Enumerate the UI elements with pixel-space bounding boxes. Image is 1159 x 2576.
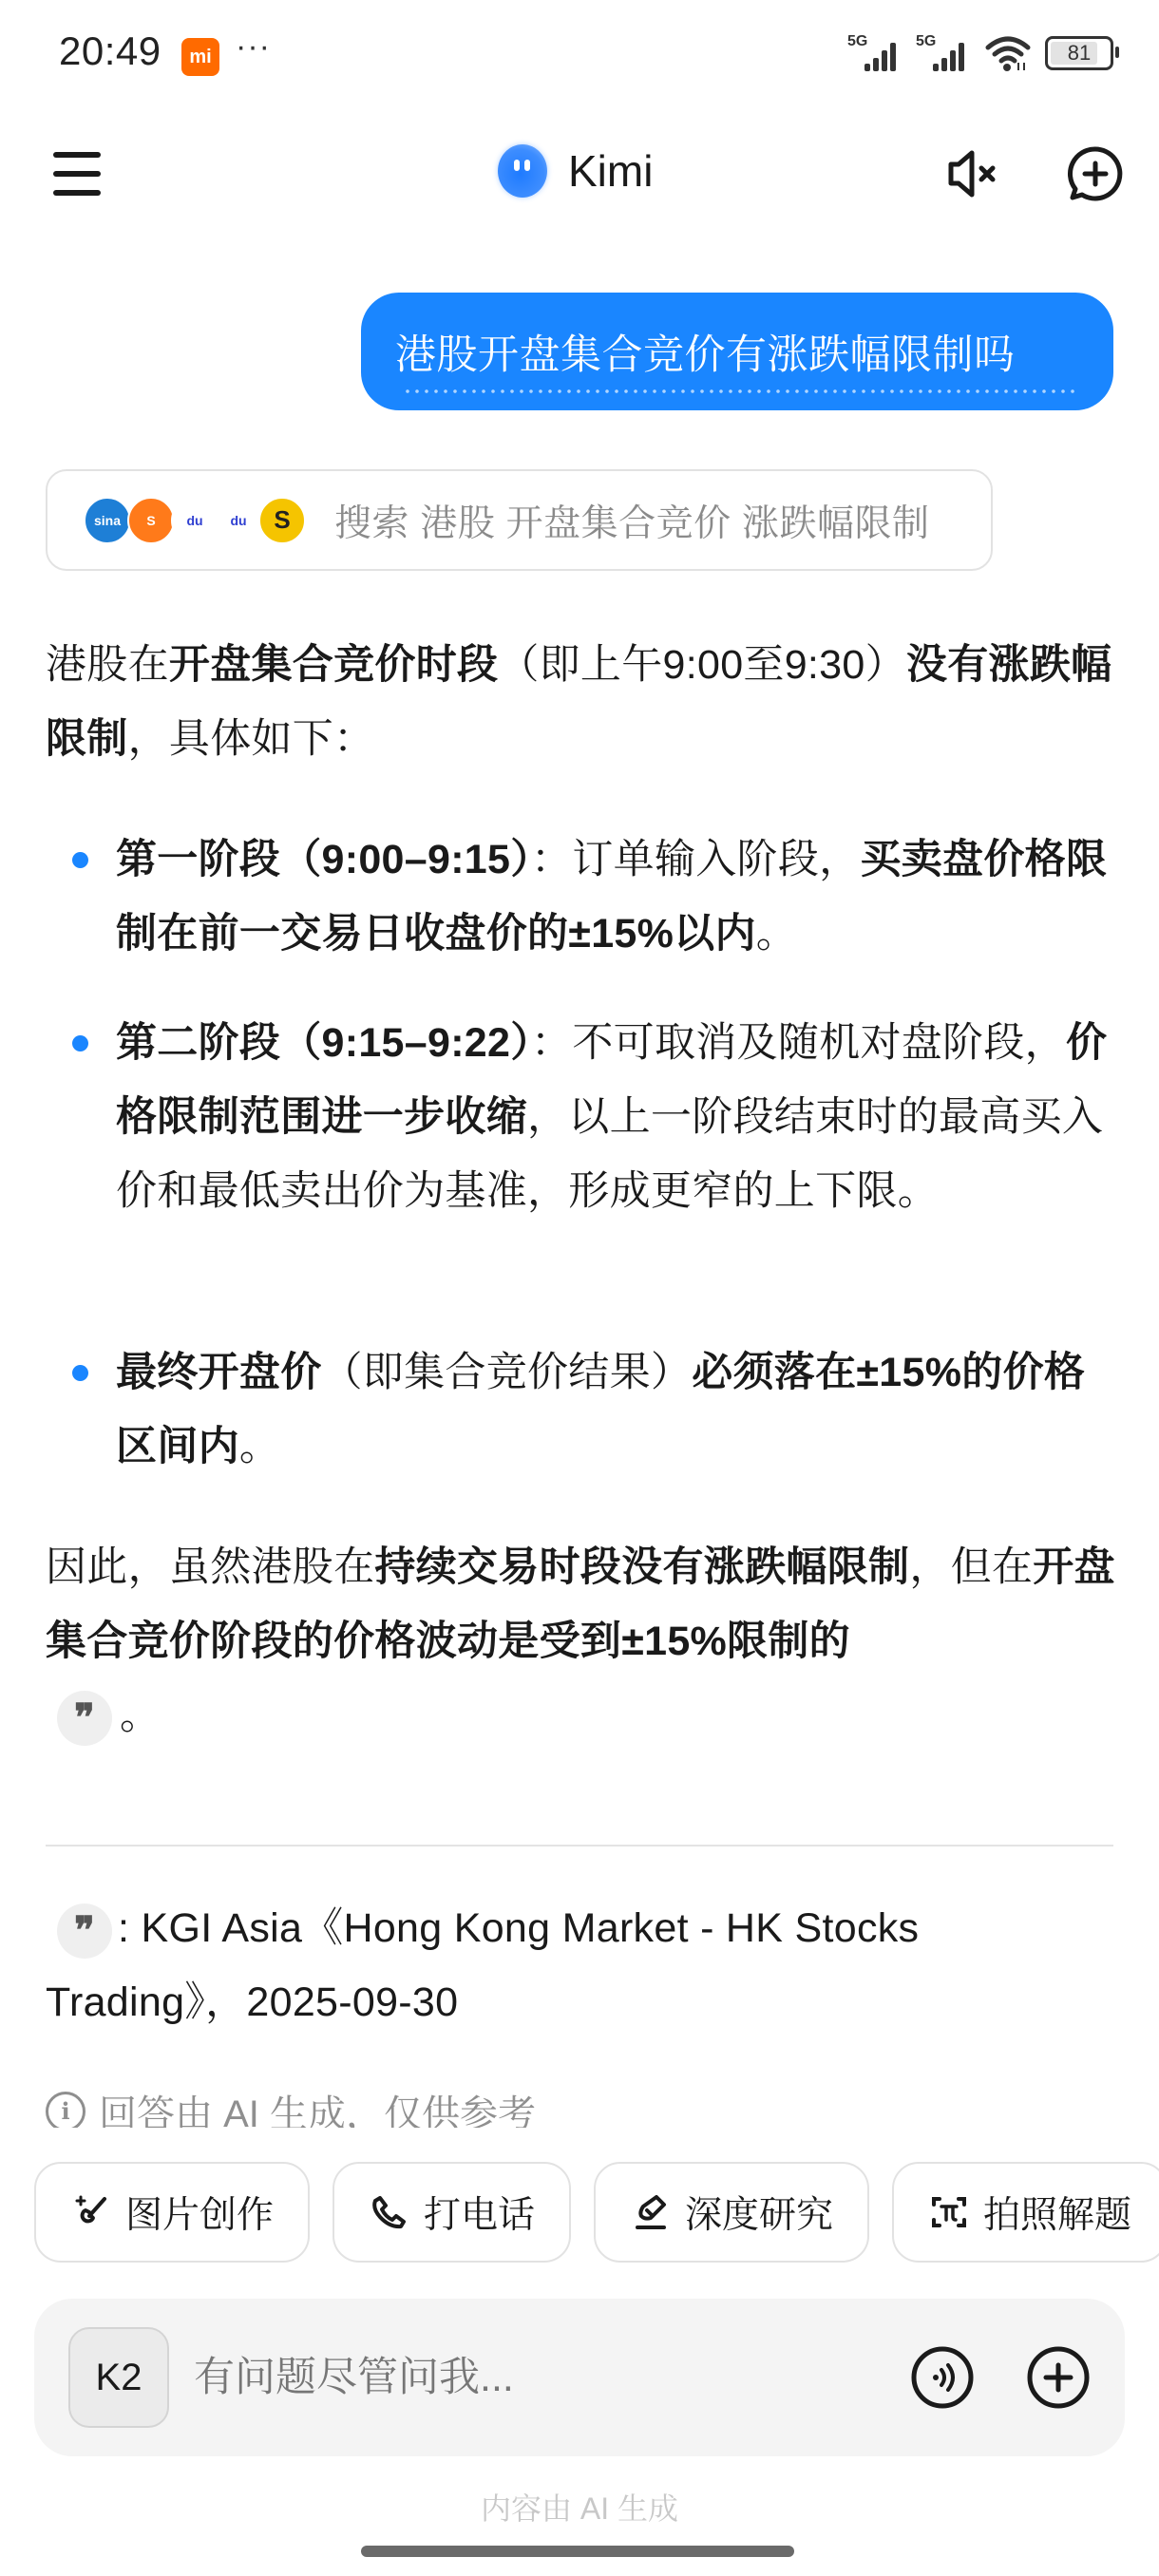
bullet-item-3: 最终开盘价（即集合竞价结果）必须落在±15%的价格区间内。: [116, 1335, 1123, 1484]
citation-reference: ❞: KGI Asia《Hong Kong Market - HK Stocks…: [46, 1891, 1119, 2039]
mute-button[interactable]: [940, 142, 1003, 205]
bullet-item-1: 第一阶段（9:00–9:15）：订单输入阶段，买卖盘价格限制在前一交易日收盘价的…: [116, 823, 1123, 971]
bold-text: 持续交易时段没有涨跌幅限制: [374, 1544, 909, 1590]
citation-quote-icon[interactable]: ❞: [57, 1904, 112, 1959]
sohu-icon: S: [127, 497, 175, 544]
chip-label: 打电话: [424, 2186, 535, 2239]
text: 。: [239, 1424, 280, 1469]
text: 。: [120, 1693, 161, 1738]
answer-intro: 港股在开盘集合竞价时段（即上午9:00至9:30）没有涨跌幅限制，具体如下：: [46, 628, 1119, 776]
citation-quote-icon[interactable]: ❞: [57, 1691, 112, 1746]
chip-label: 图片创作: [125, 2186, 274, 2239]
text: 。: [756, 911, 797, 957]
dotted-underline: [403, 389, 1075, 393]
s-source-icon: S: [258, 497, 306, 544]
text: ：不可取消及随机对盘阶段，: [531, 1020, 1066, 1066]
app-brand: Kimi: [498, 144, 653, 198]
new-chat-plus-icon: [1066, 144, 1125, 203]
cellular-signal-icon: 5G: [847, 35, 902, 71]
quick-action-chips: 图片创作 打电话 深度研究 拍照解题: [34, 2162, 1159, 2263]
search-query-text: 搜索 港股 开盘集合竞价 涨跌幅限制: [334, 494, 930, 547]
voice-wave-icon: [909, 2344, 976, 2411]
paintbrush-icon: [72, 2193, 110, 2231]
network-type-label-2: 5G: [916, 33, 936, 50]
user-message-bubble[interactable]: 港股开盘集合竞价有涨跌幅限制吗: [361, 293, 1113, 410]
chip-photo-solve[interactable]: 拍照解题: [892, 2162, 1159, 2263]
sina-icon: sina: [84, 497, 131, 544]
new-chat-button[interactable]: [1064, 142, 1127, 205]
text: ，但在: [909, 1544, 1033, 1590]
text: 港股在: [46, 642, 169, 688]
citation-text[interactable]: : KGI Asia《Hong Kong Market - HK Stocks …: [46, 1905, 919, 2025]
plus-circle-icon: [1025, 2344, 1092, 2411]
bold-text: 开盘集合竞价时段: [169, 642, 498, 688]
bullet-dot: [72, 1035, 88, 1051]
phone-icon: [370, 2193, 408, 2231]
battery-icon: 81: [1045, 36, 1113, 70]
status-time: 20:49: [59, 28, 161, 74]
attach-plus-button[interactable]: [1025, 2344, 1092, 2411]
cellular-signal-icon-2: 5G: [916, 35, 971, 71]
ai-disclaimer: 回答由 AI 生成，仅供参考: [99, 2084, 536, 2128]
bold-text: 第二阶段（9:15–9:22）: [116, 1020, 531, 1066]
chat-input-bar: K2: [34, 2299, 1125, 2456]
app-title: Kimi: [568, 145, 653, 197]
answer-conclusion: 因此，虽然港股在持续交易时段没有涨跌幅限制，但在开盘集合竞价阶段的价格波动是受到…: [46, 1530, 1119, 1752]
scan-pi-icon: [930, 2193, 968, 2231]
kimi-logo-icon: [498, 144, 547, 198]
text: （即集合竞价结果）: [322, 1350, 693, 1395]
speaker-muted-icon: [943, 145, 1000, 202]
text: ，具体如下：: [128, 716, 375, 762]
chip-deep-research[interactable]: 深度研究: [594, 2162, 869, 2263]
user-message-text: 港股开盘集合竞价有涨跌幅限制吗: [395, 323, 1016, 381]
bold-text: 最终开盘价: [116, 1350, 322, 1395]
footer-ai-note: 内容由 AI 生成: [0, 2485, 1159, 2529]
more-notifications-icon: ···: [236, 28, 271, 66]
voice-call-button[interactable]: [909, 2344, 976, 2411]
baidu-icon: du: [171, 497, 218, 544]
divider: [46, 1845, 1113, 1847]
menu-button[interactable]: [53, 152, 101, 196]
chip-label: 深度研究: [685, 2186, 833, 2239]
bullet-dot: [72, 1365, 88, 1381]
text: （即上午9:00至9:30）: [498, 642, 906, 688]
info-icon: i: [46, 2092, 85, 2129]
mi-app-icon: mi: [181, 38, 219, 76]
chat-input[interactable]: [194, 2337, 878, 2418]
chip-phone-call[interactable]: 打电话: [332, 2162, 571, 2263]
network-type-label: 5G: [847, 33, 867, 50]
text: 因此，虽然港股在: [46, 1544, 374, 1590]
text: ：订单输入阶段，: [531, 837, 860, 882]
research-pen-icon: [632, 2193, 670, 2231]
bullet-item-2: 第二阶段（9:15–9:22）：不可取消及随机对盘阶段，价格限制范围进一步收缩，…: [116, 1006, 1123, 1228]
status-indicators: 5G 5G 81: [847, 34, 1113, 72]
chip-label: 拍照解题: [983, 2186, 1131, 2239]
baidu-icon-2: du: [215, 497, 262, 544]
hamburger-menu-icon: [53, 152, 101, 158]
model-selector-button[interactable]: K2: [68, 2327, 169, 2428]
home-indicator[interactable]: [361, 2546, 794, 2557]
chip-image-creation[interactable]: 图片创作: [34, 2162, 310, 2263]
bold-text: 第一阶段（9:00–9:15）: [116, 837, 531, 882]
disclaimer-wrap: i 回答由 AI 生成，仅供参考: [46, 2080, 1119, 2128]
bullet-dot: [72, 852, 88, 868]
source-icons: sina S du du S: [84, 497, 302, 544]
wifi-icon: [984, 34, 1032, 72]
search-sources-pill[interactable]: sina S du du S 搜索 港股 开盘集合竞价 涨跌幅限制: [46, 469, 993, 571]
battery-level: 81: [1068, 41, 1091, 66]
